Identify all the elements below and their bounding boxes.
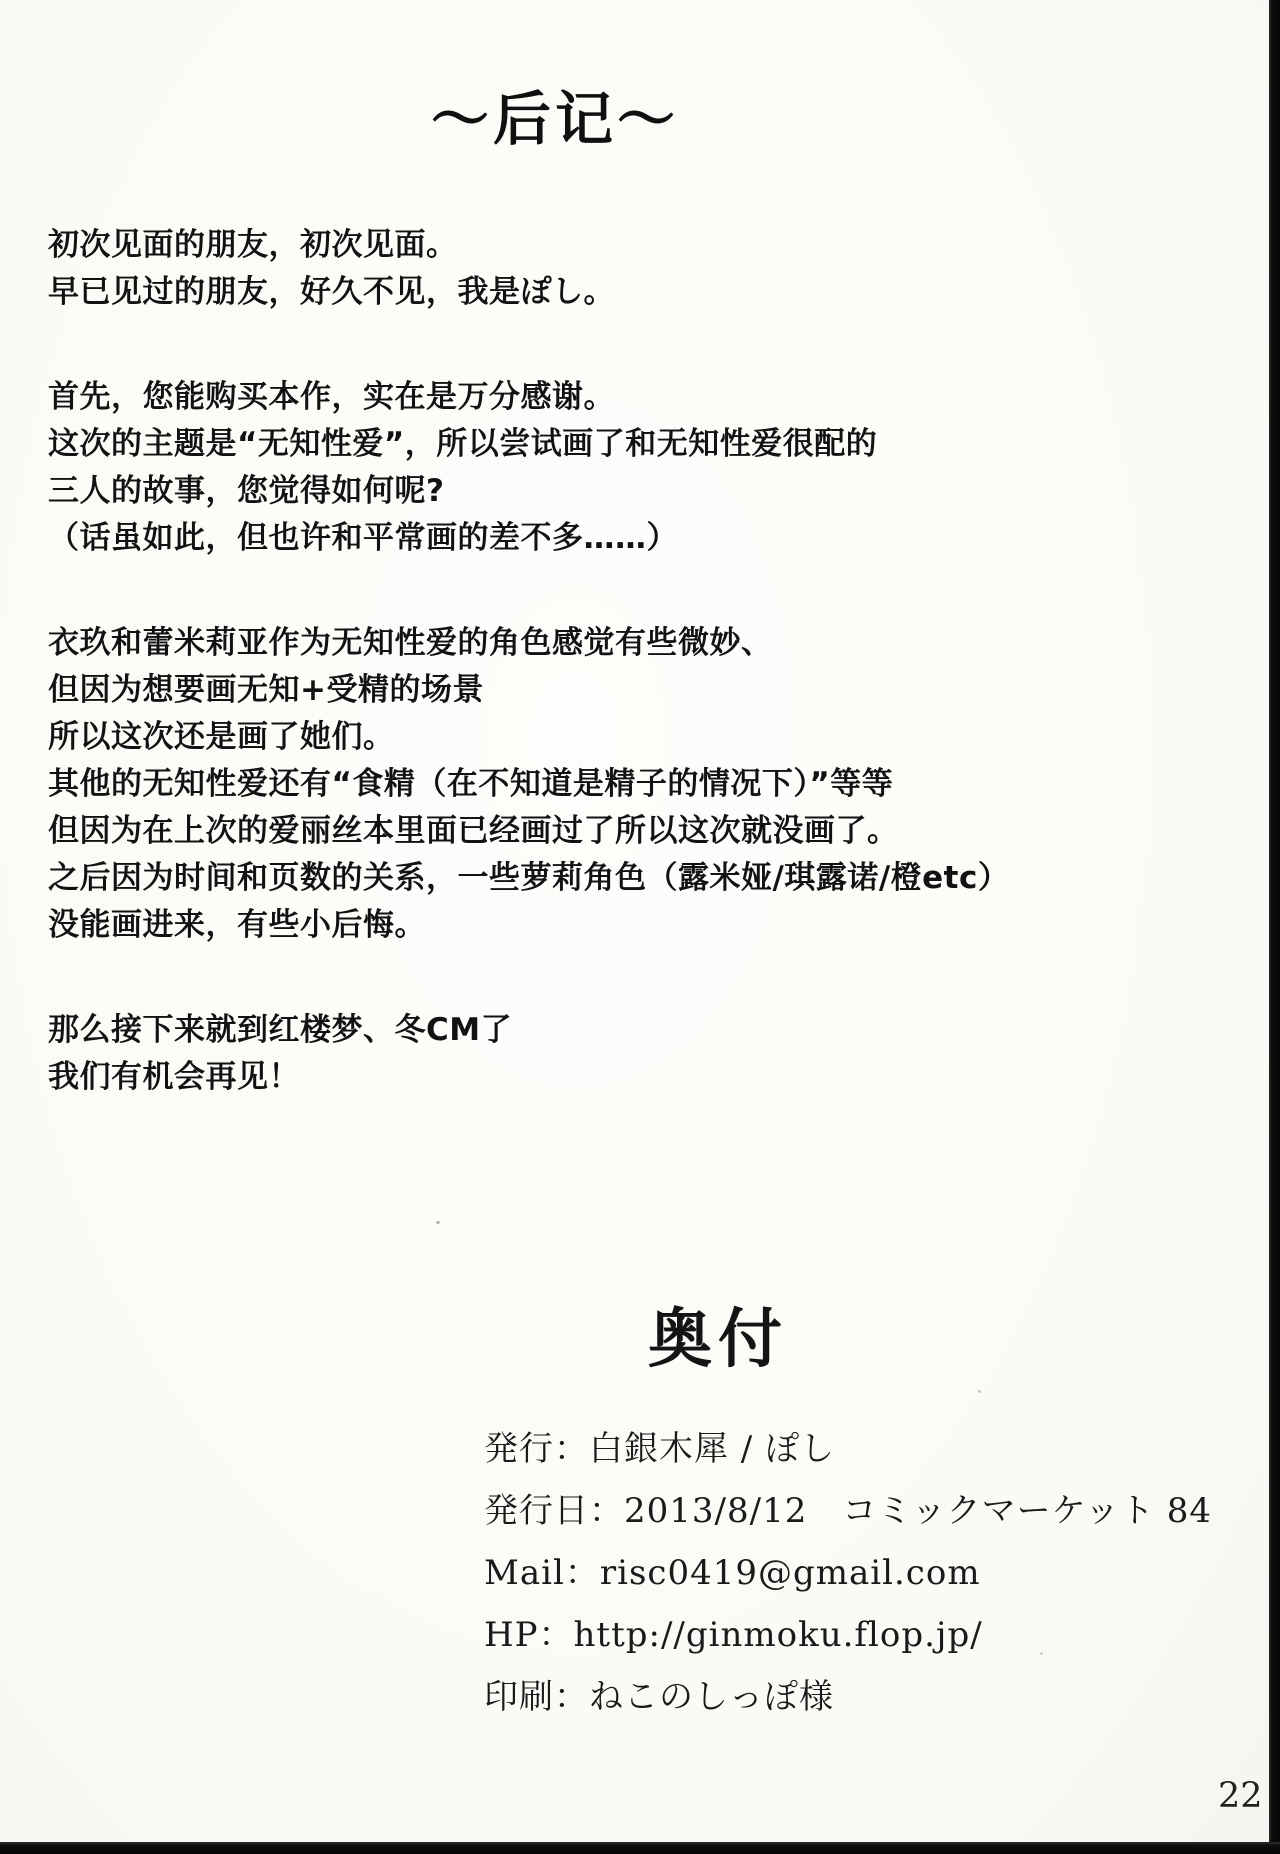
colophon-block: 発行：白銀木犀 / ぽし 発行日：2013/8/12 コミックマーケット 84 … — [484, 1418, 1212, 1728]
afterword-line: 衣玖和蕾米莉亚作为无知性爱的角色感觉有些微妙、 — [48, 620, 1228, 667]
afterword-line: 之后因为时间和页数的关系，一些萝莉角色（露米娅/琪露诺/橙etc） — [48, 855, 1228, 902]
afterword-title: ～后记～ — [0, 72, 1110, 156]
afterword-line: 没能画进来，有些小后悔。 — [48, 902, 1228, 949]
colophon-heading: 奥付 — [648, 1288, 788, 1380]
afterword-line: 三人的故事，您觉得如何呢? — [48, 468, 1228, 515]
scan-edge-bottom — [0, 1842, 1280, 1854]
colophon-publisher: 発行：白銀木犀 / ぽし — [484, 1418, 1212, 1480]
afterword-line: 那么接下来就到红楼梦、冬CM了 — [48, 1007, 1228, 1054]
afterword-line: （话虽如此，但也许和平常画的差不多……） — [48, 515, 1228, 562]
afterword-line: 早已见过的朋友，好久不见，我是ぽし。 — [48, 269, 1228, 316]
colophon-printer: 印刷：ねこのしっぽ様 — [484, 1666, 1212, 1728]
colophon-homepage: HP：http://ginmoku.flop.jp/ — [484, 1604, 1212, 1666]
afterword-paragraph: 衣玖和蕾米莉亚作为无知性爱的角色感觉有些微妙、 但因为想要画无知+受精的场景 所… — [48, 620, 1228, 949]
scan-speck — [436, 1221, 440, 1224]
scan-edge-right — [1269, 0, 1280, 1854]
afterword-line: 其他的无知性爱还有“食精（在不知道是精子的情况下）”等等 — [48, 761, 1228, 808]
afterword-line: 初次见面的朋友，初次见面。 — [48, 222, 1228, 269]
colophon-publish-date: 発行日：2013/8/12 コミックマーケット 84 — [484, 1480, 1212, 1542]
afterword-line: 但因为在上次的爱丽丝本里面已经画过了所以这次就没画了。 — [48, 808, 1228, 855]
afterword-line: 我们有机会再见！ — [48, 1054, 1228, 1101]
scanned-page: ～后记～ 初次见面的朋友，初次见面。 早已见过的朋友，好久不见，我是ぽし。 首先… — [0, 0, 1280, 1854]
afterword-paragraph: 初次见面的朋友，初次见面。 早已见过的朋友，好久不见，我是ぽし。 — [48, 222, 1228, 316]
colophon-mail: Mail：risc0419@gmail.com — [484, 1542, 1212, 1604]
afterword-paragraph: 那么接下来就到红楼梦、冬CM了 我们有机会再见！ — [48, 1007, 1228, 1101]
afterword-body: 初次见面的朋友，初次见面。 早已见过的朋友，好久不见，我是ぽし。 首先，您能购买… — [48, 222, 1228, 1159]
scan-speck — [978, 1390, 981, 1393]
afterword-line: 但因为想要画无知+受精的场景 — [48, 667, 1228, 714]
page-number: 22 — [1218, 1776, 1263, 1816]
afterword-line: 这次的主题是“无知性爱”，所以尝试画了和无知性爱很配的 — [48, 421, 1228, 468]
scan-speck — [1040, 1652, 1043, 1655]
afterword-paragraph: 首先，您能购买本作，实在是万分感谢。 这次的主题是“无知性爱”，所以尝试画了和无… — [48, 374, 1228, 562]
afterword-line: 所以这次还是画了她们。 — [48, 714, 1228, 761]
afterword-line: 首先，您能购买本作，实在是万分感谢。 — [48, 374, 1228, 421]
